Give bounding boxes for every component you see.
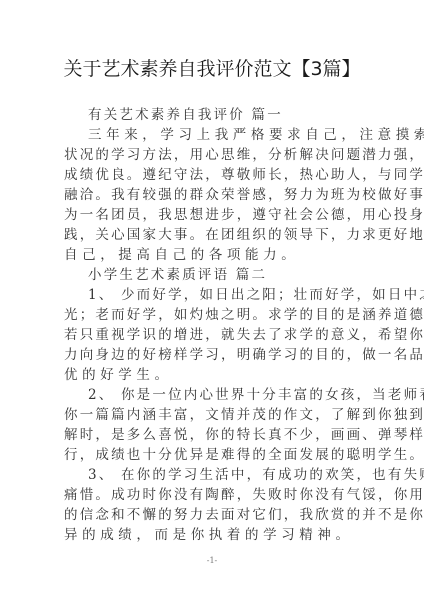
page-number: -1- bbox=[0, 556, 424, 565]
document-title: 关于艺术素养自我评价范文【3篇】 bbox=[0, 58, 424, 80]
paragraph-line: 你一篇篇内涵丰富，文情并茂的作文，了解到你独到的见 bbox=[64, 405, 360, 425]
paragraph-line: 为一名团员，我思想进步，遵守社会公德，用心投身实 bbox=[64, 205, 360, 225]
paragraph-line: 痛惜。成功时你没有陶醉，失败时你没有气馁，你用坚强 bbox=[64, 485, 360, 505]
paragraph-line: 异的成绩，而是你执着的学习精神。 bbox=[64, 525, 360, 545]
paragraph-line: 力向身边的好榜样学习，明确学习的目的，做一名品学兼 bbox=[64, 345, 360, 365]
document-body: 有关艺术素养自我评价 篇一 三年来，学习上我严格要求自己，注意摸索适合自己 状况… bbox=[64, 105, 360, 545]
section-heading-2: 小学生艺术素质评语 篇二 bbox=[64, 265, 360, 285]
paragraph-line: 融洽。我有较强的群众荣誉感，努力为班为校做好事。作 bbox=[64, 185, 360, 205]
section-heading-1: 有关艺术素养自我评价 篇一 bbox=[64, 105, 360, 125]
paragraph-line: 若只重视学识的增进，就失去了求学的意义，希望你能努 bbox=[64, 325, 360, 345]
paragraph-line: 成绩优良。遵纪守法，尊敬师长，热心助人，与同学相处 bbox=[64, 165, 360, 185]
paragraph-line: 自己，提高自己的各项能力。 bbox=[64, 245, 360, 265]
paragraph-line: 解时，是多么喜悦，你的特长真不少，画画、弹琴样样都 bbox=[64, 425, 360, 445]
paragraph-line: 3、 在你的学习生活中，有成功的欢笑，也有失败的 bbox=[64, 465, 360, 485]
paragraph-line: 1、 少而好学，如日出之阳；壮而好学，如日中之 bbox=[64, 285, 360, 305]
paragraph-line: 三年来，学习上我严格要求自己，注意摸索适合自己 bbox=[64, 125, 360, 145]
paragraph-line: 2、 你是一位内心世界十分丰富的女孩，当老师看到 bbox=[64, 385, 360, 405]
paragraph-line: 状况的学习方法，用心思维，分析解决问题潜力强，学习 bbox=[64, 145, 360, 165]
document-page: 关于艺术素养自我评价范文【3篇】 有关艺术素养自我评价 篇一 三年来，学习上我严… bbox=[0, 0, 424, 600]
paragraph-line: 践，关心国家大事。在团组织的领导下，力求更好地锻炼 bbox=[64, 225, 360, 245]
paragraph-line: 行，成绩也十分优异是难得的全面发展的聪明学生。 bbox=[64, 445, 360, 465]
paragraph-line: 光；老而好学，如灼烛之明。求学的目的是涵养道德，但 bbox=[64, 305, 360, 325]
paragraph-line: 的信念和不懈的努力去面对它们，我欣赏的并不是你那优 bbox=[64, 505, 360, 525]
paragraph-line: 优的好学生。 bbox=[64, 365, 360, 385]
